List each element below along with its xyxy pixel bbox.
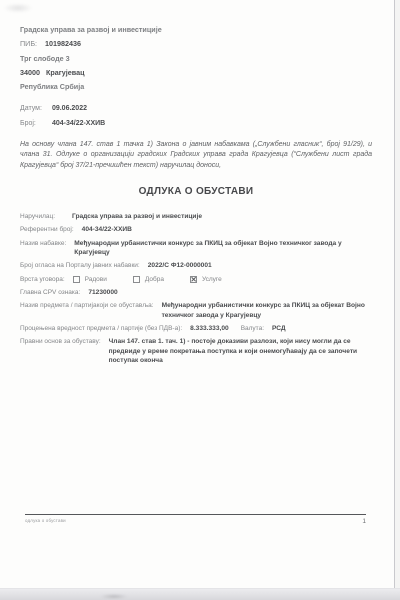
currency-value: РСД [272, 324, 286, 334]
usluge-label: Услуге [202, 275, 222, 285]
number-value: 404-34/22-ХХИВ [52, 120, 105, 127]
number-row: Број: 404-34/22-ХХИВ [20, 117, 372, 131]
date-value: 09.06.2022 [52, 105, 87, 112]
scan-bottom-shadow [0, 588, 400, 600]
suspended-subject-value: Међународни урбанистички конкурс за ПКИЦ… [162, 301, 372, 320]
usluge-checkbox-icon [190, 276, 197, 283]
scan-smudge [100, 594, 128, 599]
legal-basis-row: Правни основ за обуставу: Члан 147. став… [20, 337, 372, 366]
contract-type-label: Врста уговора: [20, 275, 65, 285]
sender-block: Градска управа за развој и инвестиције П… [20, 23, 372, 94]
scan-right-strip [395, 0, 400, 589]
narucilac-label: Наручилац: [20, 212, 64, 222]
radovi-label: Радови [85, 275, 107, 285]
number-label: Број: [20, 117, 50, 131]
notice-number-row: Број огласа на Порталу јавних набавки: 2… [20, 261, 372, 271]
procurement-name-row: Назив набавке: Међународни урбанистички … [20, 239, 372, 258]
dobra-checkbox-icon [133, 276, 140, 283]
legal-preamble: На основу члана 147. став 1 тачка 1) Зак… [20, 140, 372, 171]
page-number: 1 [362, 518, 366, 525]
legal-basis-value: Члан 147. став 1. тач. 1) - постоје дока… [109, 337, 372, 366]
meta-block: Датум: 09.06.2022 Број: 404-34/22-ХХИВ [20, 102, 372, 131]
reference-row: Референтни број: 404-34/22-ХХИВ [20, 225, 372, 235]
reference-value: 404-34/22-ХХИВ [82, 225, 372, 235]
contract-type-row: Врста уговора: Радови Добра Услуге [20, 275, 372, 285]
date-label: Датум: [20, 102, 50, 116]
pib-label: ПИБ: [20, 39, 37, 48]
country-line: Република Србија [20, 80, 372, 94]
narucilac-row: Наручилац: Градска управа за развој и ин… [20, 212, 372, 222]
cpv-value: 71230000 [88, 288, 372, 298]
dobra-label: Добра [145, 275, 164, 285]
footer-title: одлука о обустави [25, 518, 66, 523]
pib-row: ПИБ: 101982436 [20, 37, 372, 51]
reference-label: Референтни број: [20, 225, 74, 235]
cpv-label: Главна CPV ознака: [20, 288, 80, 298]
legal-basis-label: Правни основ за обуставу: [20, 337, 101, 347]
date-row: Датум: 09.06.2022 [20, 102, 372, 116]
scan-corner-smudge [3, 3, 33, 13]
details-table: Наручилац: Градска управа за развој и ин… [20, 212, 372, 365]
org-name: Градска управа за развој и инвестиције [20, 23, 372, 37]
page-footer: одлука о обустави 1 [25, 514, 366, 525]
document-title: ОДЛУКА О ОБУСТАВИ [20, 186, 372, 197]
currency-label: Валута: [241, 324, 264, 334]
city-line: 34000 Крагујевац [20, 66, 372, 80]
cpv-row: Главна CPV ознака: 71230000 [20, 288, 372, 298]
document-content: Градска управа за развој и инвестиције П… [20, 23, 372, 369]
narucilac-value: Градска управа за развој и инвестиције [72, 212, 372, 222]
scan-edge-line [394, 0, 395, 589]
notice-number-value: 2022/С Ф12-0000001 [148, 261, 372, 271]
pib-value: 101982436 [45, 39, 81, 48]
notice-number-label: Број огласа на Порталу јавних набавки: [20, 261, 140, 271]
suspended-subject-label: Назив предмета / партијакоји се обустављ… [20, 301, 154, 311]
procurement-name-value: Међународни урбанистички конкурс за ПКИЦ… [74, 239, 372, 258]
estimated-value-label: Процењена вредност предмета / партије (б… [20, 324, 182, 334]
city-name: Крагујевац [46, 68, 85, 77]
option-radovi: Радови [73, 275, 107, 285]
procurement-name-label: Назив набавке: [20, 239, 66, 249]
postal-code: 34000 [20, 68, 40, 77]
street-line: Трг слободе 3 [20, 52, 372, 66]
radovi-checkbox-icon [73, 276, 80, 283]
option-usluge: Услуге [190, 275, 222, 285]
suspended-subject-row: Назив предмета / партијакоји се обустављ… [20, 301, 372, 320]
document-page: Градска управа за развој и инвестиције П… [0, 0, 400, 600]
estimated-value-row: Процењена вредност предмета / партије (б… [20, 324, 372, 334]
option-dobra: Добра [133, 275, 164, 285]
estimated-value: 8.333.333,00 [190, 324, 229, 334]
